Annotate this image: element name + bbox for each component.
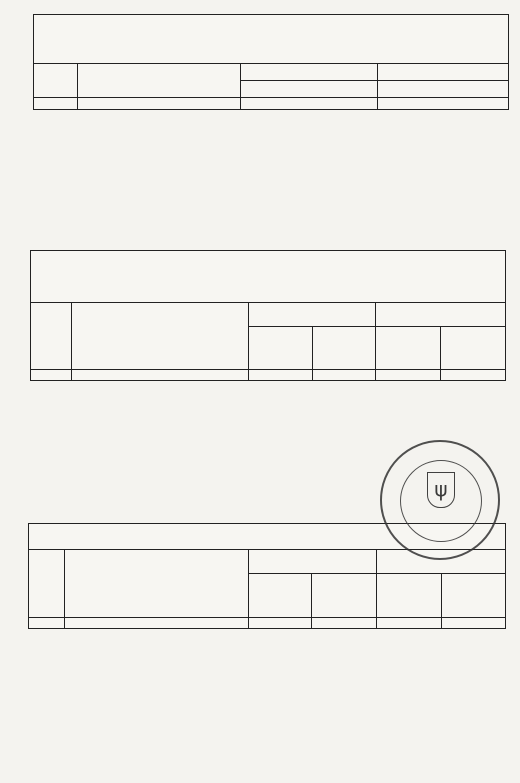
col-header-official-total (249, 574, 312, 618)
col-header-official-brand (249, 327, 313, 370)
col-number (72, 370, 249, 381)
col-header-family (378, 64, 509, 81)
trident-emblem-icon: ψ (427, 472, 455, 508)
col-header-num (31, 303, 72, 370)
col-header-family-engine (441, 327, 506, 370)
col-header-official (241, 64, 378, 81)
col-header-official-abroad (312, 574, 377, 618)
col-header-family-total (377, 574, 442, 618)
col-number (249, 370, 313, 381)
col-header-official-area (241, 81, 378, 98)
section-4-real-estate-table (33, 14, 509, 110)
official-seal-stamp: ψ (380, 440, 500, 560)
section-4-title (34, 15, 509, 64)
col-number (378, 98, 509, 110)
col-number (376, 370, 441, 381)
section-5-title (31, 251, 506, 303)
col-header-official (249, 303, 376, 327)
col-header-item (65, 550, 249, 618)
col-number (29, 618, 65, 629)
col-header-official (249, 550, 377, 574)
declaration-page: ψ (0, 0, 520, 783)
col-number (377, 618, 442, 629)
col-number (65, 618, 249, 629)
col-number (313, 370, 376, 381)
col-number (31, 370, 72, 381)
col-header-family-brand (376, 327, 441, 370)
col-header-num (34, 64, 78, 98)
column-numbers-row (34, 98, 509, 110)
col-header-item (72, 303, 249, 370)
col-header-official-engine (313, 327, 376, 370)
col-header-family-area (378, 81, 509, 98)
col-header-item (78, 64, 241, 98)
col-number (312, 618, 377, 629)
col-number (441, 370, 506, 381)
col-number (78, 98, 241, 110)
col-number (249, 618, 312, 629)
col-number (442, 618, 506, 629)
col-number (241, 98, 378, 110)
col-number (34, 98, 78, 110)
col-header-num (29, 550, 65, 618)
col-header-family (376, 303, 506, 327)
col-header-family-abroad (442, 574, 506, 618)
column-numbers-row (31, 370, 506, 381)
column-numbers-row (29, 618, 506, 629)
section-5-vehicles-table (30, 250, 506, 381)
